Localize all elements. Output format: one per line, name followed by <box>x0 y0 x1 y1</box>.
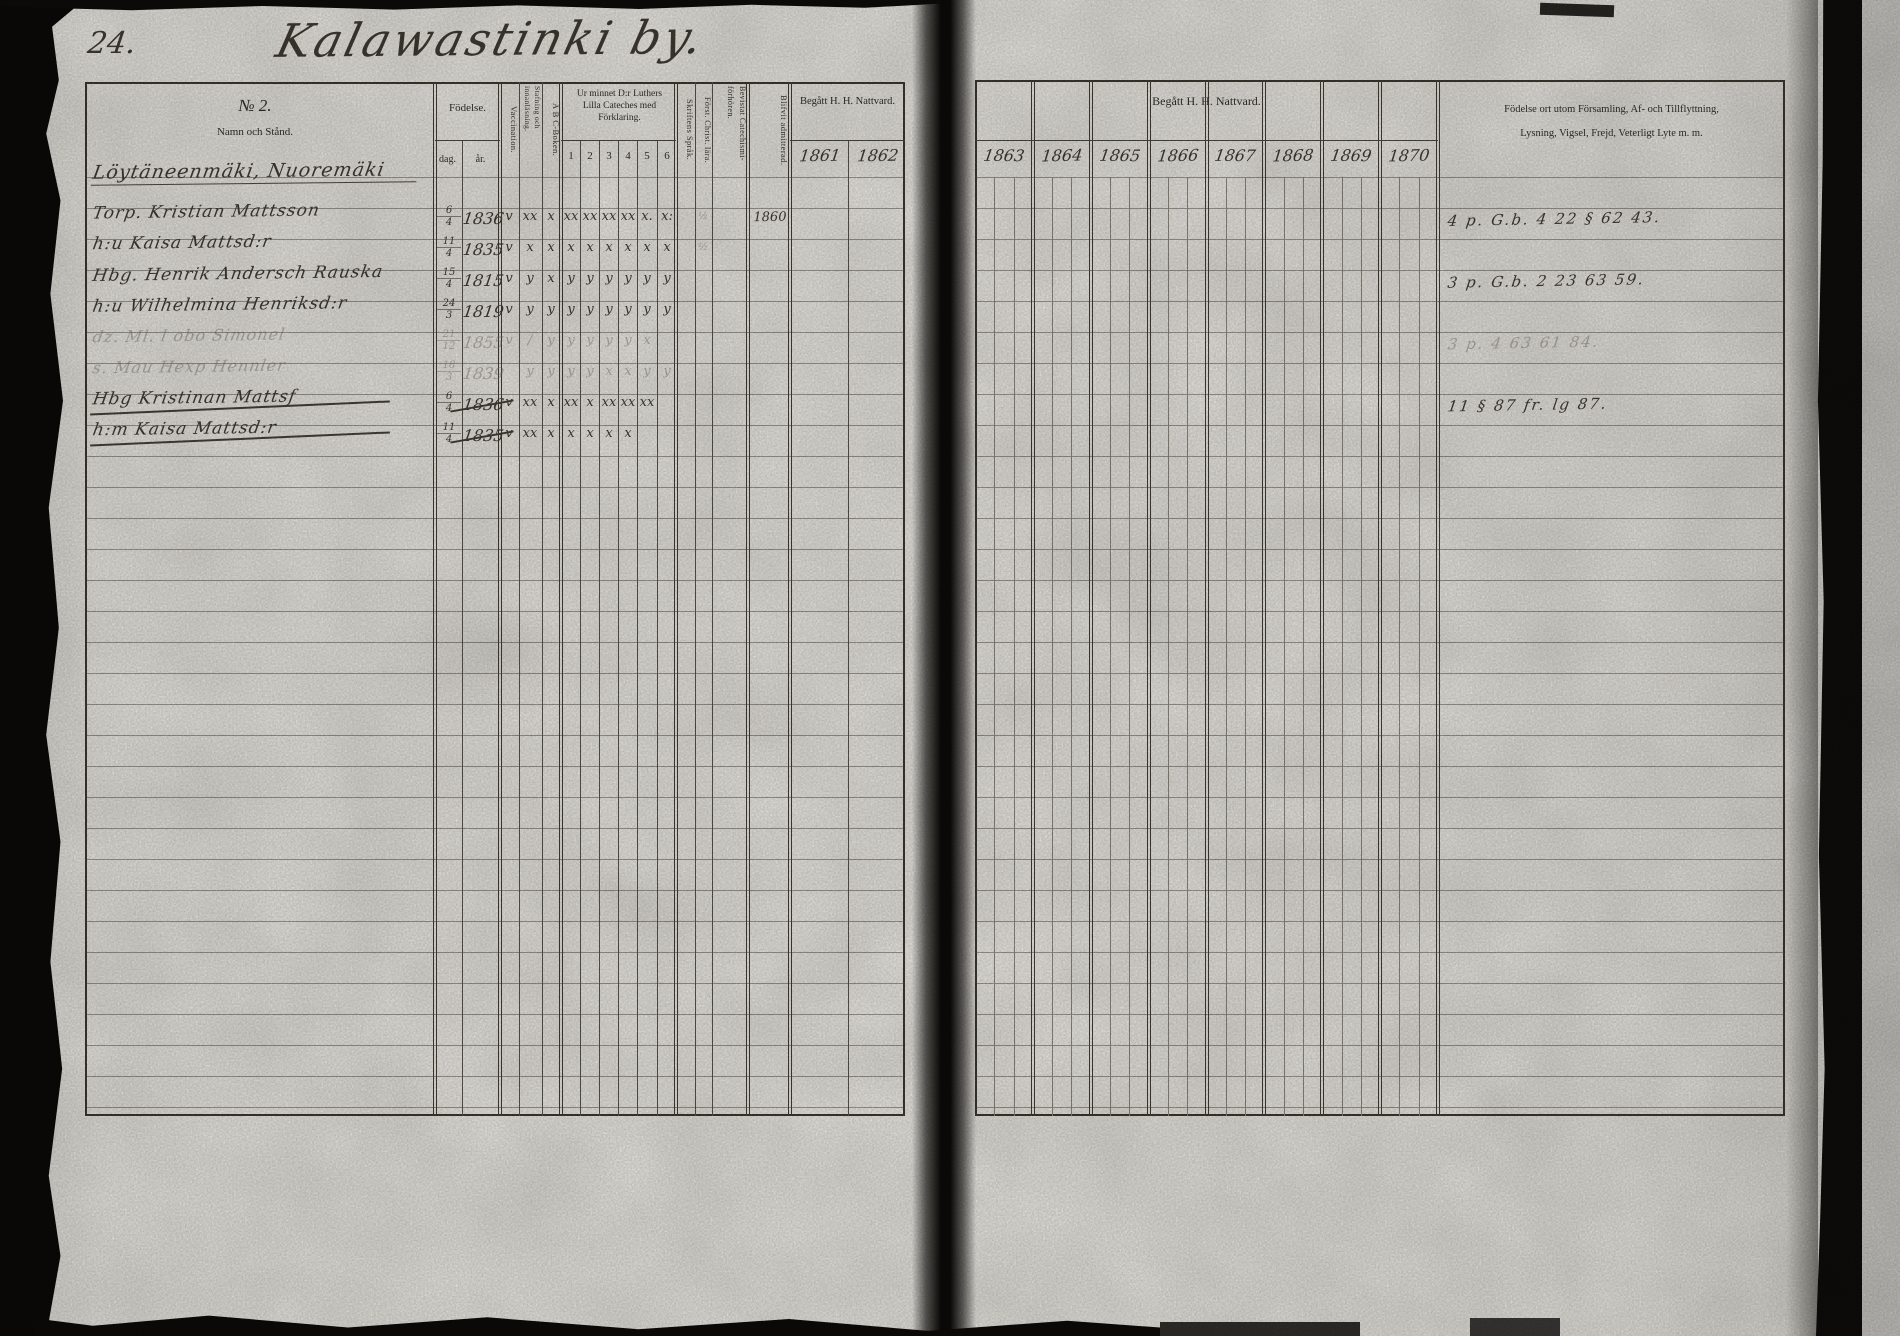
row-mark: x <box>542 395 560 410</box>
row-mark: x <box>600 426 618 441</box>
catechism-subcolumn-number: 4 <box>620 150 636 162</box>
row-mark: y <box>521 364 539 379</box>
row-birth-year: 1836 <box>462 209 505 228</box>
catechism-header-line2: Lilla Cateches med <box>563 100 676 112</box>
table-rule-vertical <box>749 82 750 1116</box>
row-name: s. Mau Hexp Hennler <box>91 356 287 378</box>
row-mark: v <box>500 302 518 317</box>
table-rule-vertical <box>599 140 600 1116</box>
row-mark: y <box>638 364 656 379</box>
table-rule-vertical <box>674 82 675 1116</box>
table-rule-vertical <box>1014 177 1015 1116</box>
row-birth-day: 154 <box>437 267 461 290</box>
table-rule-vertical <box>788 82 789 1116</box>
table-rule-vertical <box>637 140 638 1116</box>
table-rule-vertical <box>1226 177 1227 1116</box>
table-rule-vertical <box>1208 80 1209 1116</box>
table-rule-horizontal <box>975 140 1438 141</box>
table-rule-vertical <box>1129 177 1130 1116</box>
scanner-margin <box>1862 0 1900 1336</box>
table-rule-vertical <box>498 82 499 1116</box>
communion-year-label: 1863 <box>977 146 1032 165</box>
row-mark: y <box>581 302 599 317</box>
row-mark: xx <box>619 395 637 410</box>
communion-year-label: 1868 <box>1266 145 1320 165</box>
table-rule-horizontal <box>435 140 500 141</box>
row-mark: y <box>521 302 539 317</box>
row-mark: y <box>562 333 580 348</box>
row-communion-mark: ½ <box>695 242 711 253</box>
row-mark: y <box>600 333 618 348</box>
table-rule-vertical <box>1320 80 1321 1116</box>
row-mark: y <box>638 271 656 286</box>
row-mark: y <box>542 302 560 317</box>
table-rule-vertical <box>1150 80 1151 1116</box>
row-mark: x <box>581 240 599 255</box>
row-mark: x <box>600 240 618 255</box>
notes-column-header-line2: Lysning, Vigsel, Frejd, Veterligt Lyte m… <box>1440 128 1783 139</box>
row-mark: y <box>581 364 599 379</box>
row-mark: xx <box>562 395 580 410</box>
row-birth-day: 2112 <box>437 329 461 352</box>
row-mark: y <box>658 302 676 317</box>
table-rule-vertical <box>562 82 563 1116</box>
book-spine-shadow <box>912 0 976 1336</box>
communion-year-label: 1865 <box>1093 146 1148 165</box>
row-birth-day: 114 <box>437 236 461 259</box>
scanned-ledger-page: 24. Kalawastinki by. № 2. Namn och Stånd… <box>0 0 1900 1336</box>
row-mark: y <box>581 271 599 286</box>
row-mark: y <box>581 333 599 348</box>
row-mark: v <box>500 271 518 286</box>
row-mark: / <box>521 333 539 348</box>
handwritten-title: Kalawastinki by. <box>271 10 711 68</box>
note-entry: 4 p. G.b. 4 22 § 62 43. <box>1446 208 1662 230</box>
table-rule-vertical <box>433 82 434 1116</box>
row-mark: xx <box>619 209 637 224</box>
row-mark: xx <box>600 209 618 224</box>
scripture-column-header: Skriftens Språk. <box>676 86 695 174</box>
communion-year-label: 1869 <box>1324 146 1379 165</box>
communion-year-label: 1864 <box>1035 145 1089 165</box>
row-mark: xx <box>600 395 618 410</box>
table-rule-vertical <box>1436 80 1437 1116</box>
row-name: Torp. Kristian Mattsson <box>91 200 321 223</box>
row-mark: x <box>542 271 560 286</box>
row-mark: v <box>500 240 518 255</box>
catechism-header-line1: Ur minnet D:r Luthers <box>563 88 676 100</box>
row-mark: x <box>658 240 676 255</box>
table-rule-vertical <box>657 140 658 1116</box>
table-rule-vertical <box>1187 177 1188 1116</box>
row-mark: x <box>638 333 656 348</box>
table-rule-vertical <box>695 82 696 1116</box>
table-rule-vertical <box>1265 80 1266 1116</box>
row-mark: y <box>600 302 618 317</box>
row-mark: y <box>619 333 637 348</box>
table-rule-vertical <box>580 140 581 1116</box>
row-mark: x <box>638 240 656 255</box>
row-mark: xx <box>562 209 580 224</box>
row-mark: y <box>521 271 539 286</box>
table-rule-vertical <box>1419 177 1420 1116</box>
table-rule-vertical <box>1034 80 1035 1116</box>
row-name: dz. Ml. l obo Simonel <box>91 325 287 347</box>
communion-year-label: 1867 <box>1208 146 1263 165</box>
note-entry: 3 p. G.b. 2 23 63 59. <box>1446 270 1646 291</box>
row-name: h:u Kaisa Mattsd:r <box>91 232 273 254</box>
communion-header-left: Begått H. H. Nattvard. <box>791 96 904 107</box>
table-rule-vertical <box>1399 177 1400 1116</box>
row-birth-year: 1839 <box>462 364 505 383</box>
table-rule-vertical <box>1378 80 1379 1116</box>
table-rule-vertical <box>1439 80 1440 1116</box>
row-mark: x <box>562 240 580 255</box>
row-mark: v <box>500 209 518 224</box>
right-scan-band <box>1816 0 1864 1336</box>
catechism-subcolumn-number: 6 <box>659 150 675 162</box>
table-rule-vertical <box>791 82 792 1116</box>
table-rule-vertical <box>1303 177 1304 1116</box>
row-mark: y <box>600 271 618 286</box>
row-name: Hbg. Henrik Andersch Rauska <box>91 262 385 286</box>
table-rule-vertical <box>994 177 995 1116</box>
table-rule-vertical <box>1205 80 1206 1116</box>
spelling-column-header: Stafning och innanläsning. <box>519 86 542 174</box>
table-rule-vertical <box>1342 177 1343 1116</box>
table-rule-vertical <box>1381 80 1382 1116</box>
catechism-header-line3: Förklaring. <box>563 112 676 124</box>
table-rule-vertical <box>1284 177 1285 1116</box>
communion-year-label: 1866 <box>1151 145 1205 165</box>
table-rule-vertical <box>1147 80 1148 1116</box>
birth-day-subheader: dag. <box>434 154 461 165</box>
row-mark: y <box>562 302 580 317</box>
row-mark: y <box>619 271 637 286</box>
row-mark: xx <box>521 395 539 410</box>
row-mark: x. <box>638 209 656 224</box>
table-rule-vertical <box>1262 80 1263 1116</box>
page-number: 24. <box>86 26 139 61</box>
table-rule-vertical <box>1323 80 1324 1116</box>
row-mark: x <box>521 240 539 255</box>
communion-year-label: 1861 <box>793 146 847 166</box>
row-birth-year: 1835 <box>462 240 505 259</box>
row-mark: x <box>600 364 618 379</box>
row-admitted-year: 1860 <box>750 210 790 226</box>
row-mark: y <box>542 333 560 348</box>
row-mark: y <box>562 271 580 286</box>
village-heading: Löytäneenmäki, Nuoremäki <box>91 158 421 185</box>
row-mark: y <box>542 364 560 379</box>
top-right-scan-blot <box>1540 3 1614 18</box>
catechism-subcolumn-number: 2 <box>582 150 598 162</box>
table-rule-vertical <box>501 82 502 1116</box>
attended-examination-column-header: Bevistat Catechismi-förhören. <box>712 86 748 174</box>
vaccination-column-header: Vaccination. <box>500 86 519 174</box>
row-birth-year: 1855 <box>462 333 505 352</box>
row-communion-mark: ½ <box>695 211 711 222</box>
table-rule-vertical <box>1071 177 1072 1116</box>
row-mark: x <box>619 240 637 255</box>
bottom-scan-edge <box>1160 1322 1360 1336</box>
table-rule-vertical <box>1245 177 1246 1116</box>
section-number: № 2. <box>160 96 350 116</box>
row-mark: xx <box>581 209 599 224</box>
row-mark: x <box>562 426 580 441</box>
row-mark: y <box>562 364 580 379</box>
row-name: h:u Wilhelmina Henriksd:r <box>91 293 349 317</box>
table-rule-vertical <box>848 140 849 1116</box>
table-rule-vertical <box>542 82 543 1116</box>
table-rule-vertical <box>519 82 520 1116</box>
bottom-scan-edge <box>1470 1318 1560 1336</box>
row-birth-day: 243 <box>437 298 461 321</box>
table-rule-vertical <box>1092 80 1093 1116</box>
row-mark: x <box>581 395 599 410</box>
row-birth-day: 183 <box>437 360 461 383</box>
table-rule-vertical <box>746 82 747 1116</box>
communion-header-right: Begått H. H. Nattvard. <box>977 94 1436 109</box>
catechism-subcolumn-number: 3 <box>601 150 617 162</box>
table-rule-vertical <box>1361 177 1362 1116</box>
note-entry: 3 p. 4 63 61 84. <box>1447 333 1601 354</box>
catechism-subcolumn-number: 1 <box>563 150 579 162</box>
right-table-ruled-lines <box>976 177 1784 1116</box>
row-mark: v <box>500 333 518 348</box>
row-mark: x <box>619 426 637 441</box>
row-birth-year: 1819 <box>462 302 505 321</box>
row-mark: y <box>638 302 656 317</box>
catechism-subcolumn-number: 5 <box>639 150 655 162</box>
row-mark: xx <box>638 395 656 410</box>
table-rule-vertical <box>1168 177 1169 1116</box>
catechism-header: Ur minnet D:r Luthers Lilla Cateches med… <box>563 88 676 124</box>
table-rule-vertical <box>1031 80 1032 1116</box>
table-rule-vertical <box>1110 177 1111 1116</box>
table-rule-vertical <box>1089 80 1090 1116</box>
table-rule-vertical <box>1052 177 1053 1116</box>
admitted-column-header: Blifvit admitterad. <box>748 86 790 174</box>
row-mark: y <box>619 302 637 317</box>
birth-column-header: Födelse. <box>437 102 498 114</box>
row-mark: xx <box>521 426 539 441</box>
note-entry: 11 § 87 fr. lg 87. <box>1447 395 1610 416</box>
row-mark: xx <box>521 209 539 224</box>
row-mark: x <box>542 209 560 224</box>
row-mark: x <box>542 426 560 441</box>
birth-year-subheader: år. <box>462 154 499 165</box>
table-rule-vertical <box>677 82 678 1116</box>
table-rule-vertical <box>559 82 560 1116</box>
row-mark: x <box>581 426 599 441</box>
table-rule-vertical <box>618 140 619 1116</box>
row-mark: x <box>542 240 560 255</box>
table-rule-horizontal <box>561 140 676 141</box>
row-birth-year: 1815 <box>462 271 505 290</box>
row-mark: x <box>619 364 637 379</box>
row-birth-day: 64 <box>437 205 461 228</box>
communion-year-label: 1862 <box>851 146 905 166</box>
communion-year-label: 1870 <box>1382 145 1436 165</box>
right-edge-shadow <box>1786 0 1818 1336</box>
table-rule-vertical <box>712 82 713 1116</box>
christianity-column-header: Först. Christ. lära. <box>695 86 712 174</box>
row-mark: y <box>658 271 676 286</box>
name-column-header: Namn och Stånd. <box>130 126 380 138</box>
notes-column-header-line1: Födelse ort utom Församling, Af- och Til… <box>1440 104 1783 115</box>
row-mark: x: <box>658 209 676 224</box>
row-mark: y <box>658 364 676 379</box>
table-rule-horizontal <box>790 140 905 141</box>
